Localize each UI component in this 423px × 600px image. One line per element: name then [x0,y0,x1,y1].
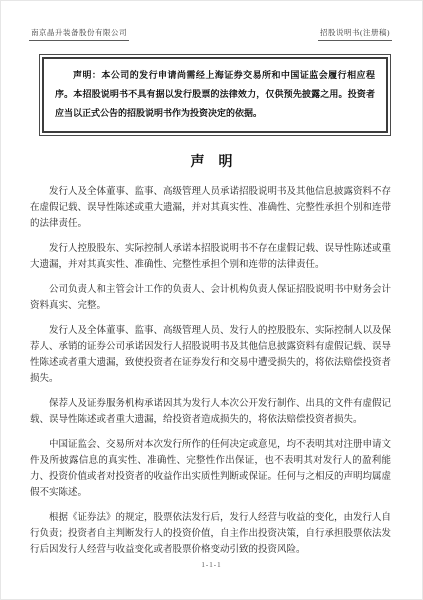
notice-text: 声明：本公司的发行申请尚需经上海证券交易所和中国证监会履行相应程序。本招股说明书… [55,66,375,123]
declaration-paragraph: 中国证监会、交易所对本次发行所作的任何决定或意见，均不表明其对注册申请文件及所披… [30,437,391,501]
page-header: 南京晶升装备股份有限公司 招股说明书(注册稿) [29,27,392,41]
page-number: 1-1-1 [1,561,422,569]
section-title: 声 明 [1,151,422,171]
declaration-notice-box: 声明：本公司的发行申请尚需经上海证券交易所和中国证监会履行相应程序。本招股说明书… [39,54,391,136]
declaration-paragraph: 发行人及全体董事、监事、高级管理人员承诺招股说明书及其他信息披露资料不存在虚假记… [30,184,391,232]
header-company-name: 南京晶升装备股份有限公司 [29,27,129,41]
declaration-paragraph: 发行人控股股东、实际控制人承诺本招股说明书不存在虚假记载、误导性陈述或重大遗漏，… [30,241,391,273]
declaration-body: 发行人及全体董事、监事、高级管理人员承诺招股说明书及其他信息披露资料不存在虚假记… [30,184,391,558]
declaration-paragraph: 保荐人及证券服务机构承诺因其为发行人本次公开发行制作、出具的文件有虚假记载、误导… [30,396,391,428]
document-page: 南京晶升装备股份有限公司 招股说明书(注册稿) 声明：本公司的发行申请尚需经上海… [0,0,423,600]
declaration-notice-box-inner: 声明：本公司的发行申请尚需经上海证券交易所和中国证监会履行相应程序。本招股说明书… [42,57,388,133]
declaration-paragraph: 根据《证券法》的规定，股票依法发行后，发行人经营与收益的变化，由发行人自行负责；… [30,510,391,558]
header-document-type: 招股说明书(注册稿) [318,27,392,41]
declaration-paragraph: 公司负责人和主管会计工作的负责人、会计机构负责人保证招股说明书中财务会计资料真实… [30,282,391,314]
declaration-paragraph: 发行人及全体董事、监事、高级管理人员、发行人的控股股东、实际控制人以及保荐人、承… [30,323,391,387]
